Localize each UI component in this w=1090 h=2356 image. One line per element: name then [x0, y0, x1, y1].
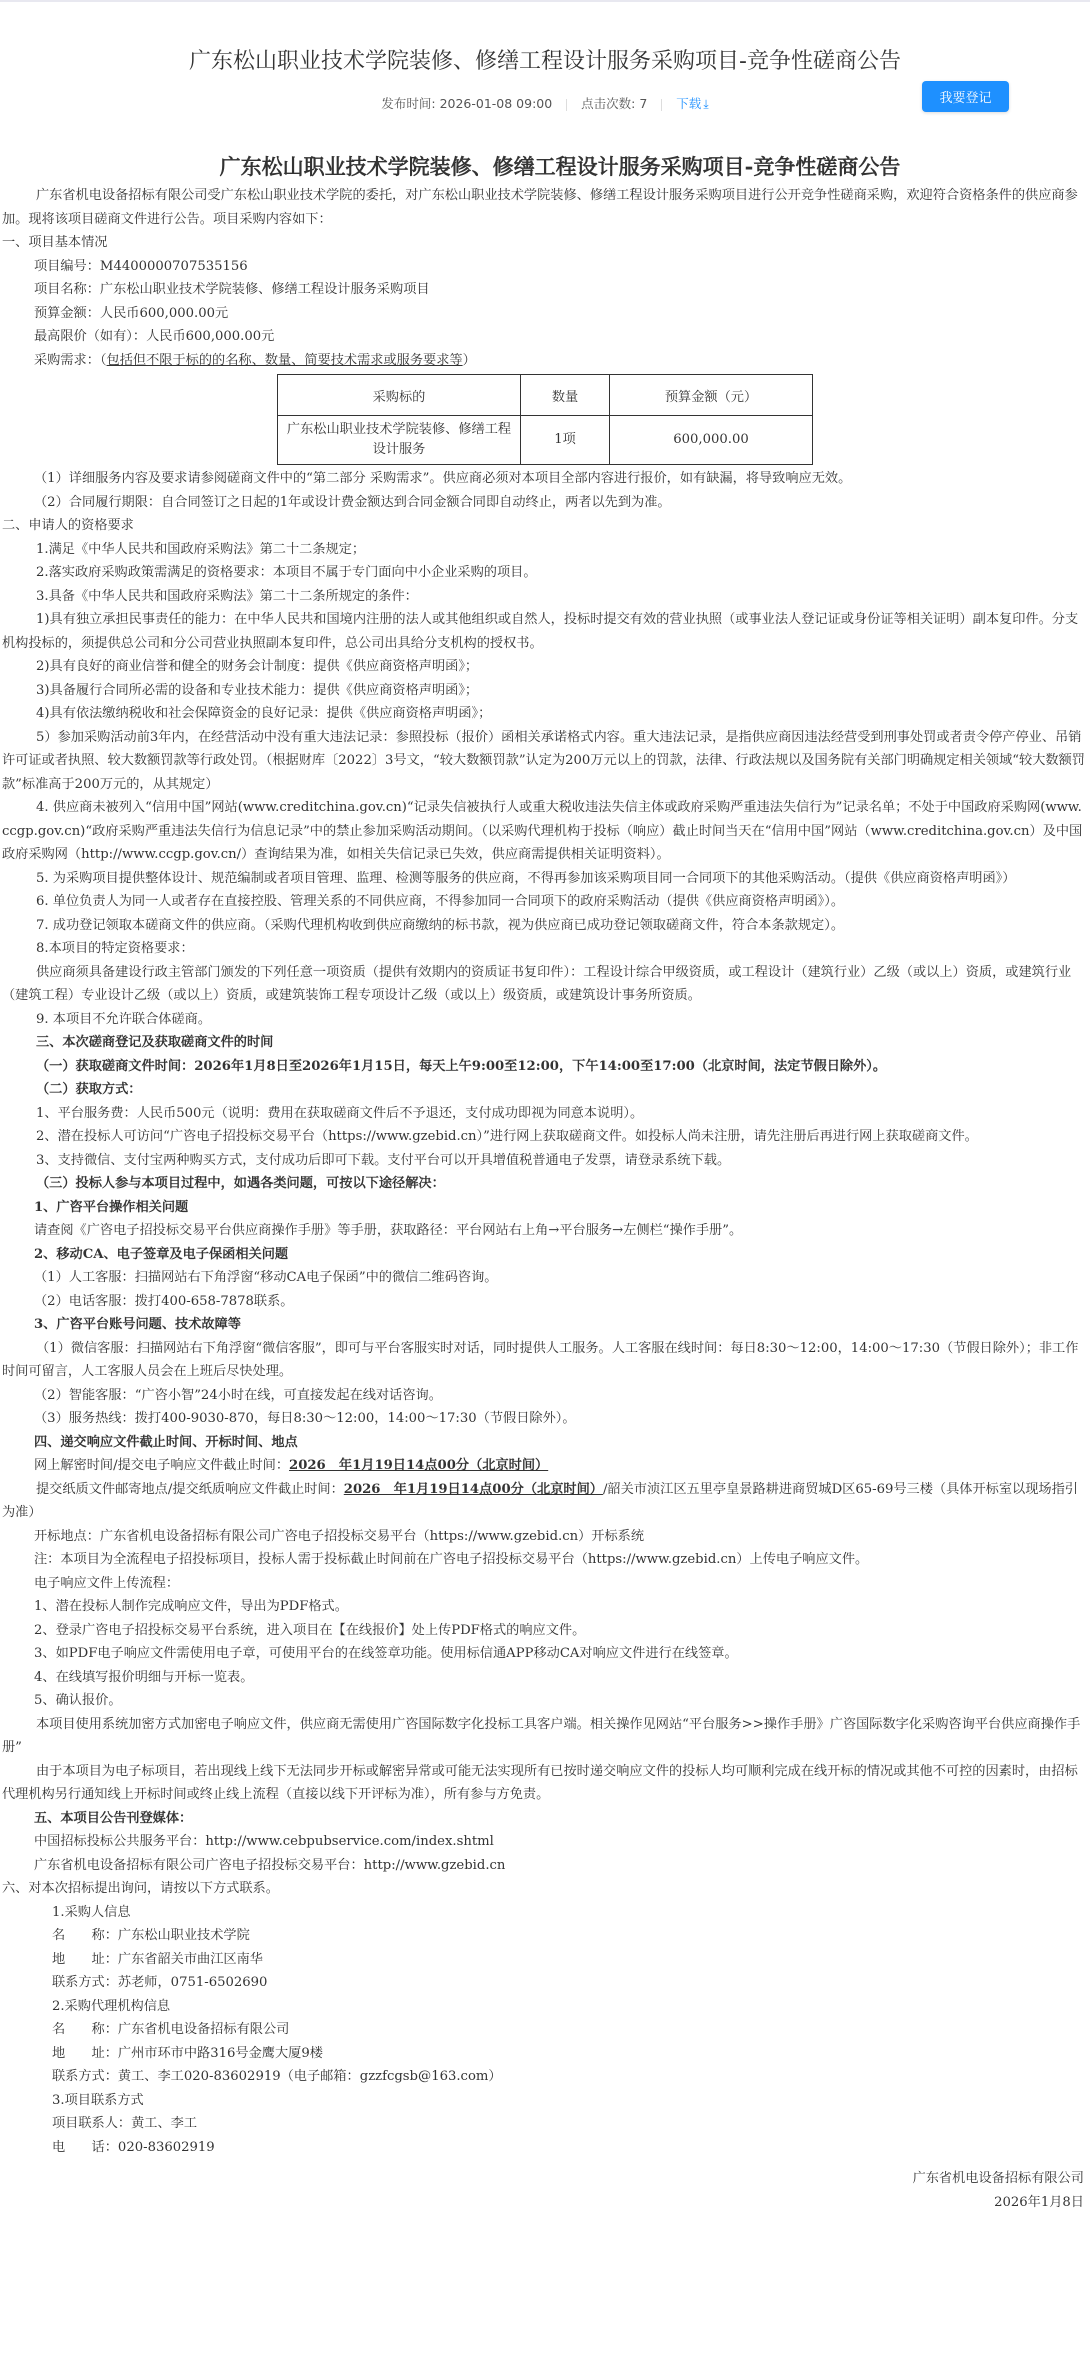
- method-item: 1、平台服务费：人民币500元（说明：费用在获取磋商文件后不予退还，支付成功即视…: [0, 1102, 1090, 1126]
- qualification-item: 8.本项目的特定资格要求：: [0, 937, 1090, 961]
- table-header: 数量: [521, 375, 610, 416]
- contact-subheading: 3.项目联系方式: [0, 2089, 1090, 2113]
- contact-line: 地 址：广州市环市中路316号金鹰大厦9楼: [0, 2042, 1090, 2066]
- encryption-note: 本项目使用系统加密方式加密电子响应文件，供应商无需使用广咨国际数字化投标工具客户…: [0, 1713, 1090, 1760]
- table-cell: 600,000.00: [610, 416, 813, 465]
- issue-text: 请查阅《广咨电子招投标交易平台供应商操作手册》等手册，获取路径：平台网站右上角→…: [0, 1219, 1090, 1243]
- contact-line: 地 址：广东省韶关市曲江区南华: [0, 1948, 1090, 1972]
- top-divider: [0, 0, 1090, 2]
- flow-heading: 电子响应文件上传流程：: [0, 1572, 1090, 1596]
- qualification-item: 9. 本项目不允许联合体磋商。: [0, 1008, 1090, 1032]
- publish-time: 2026-01-08 09:00: [440, 96, 553, 111]
- download-label: 下载: [676, 96, 701, 111]
- meta-separator: [566, 99, 567, 111]
- table-cell: 1项: [521, 416, 610, 465]
- flow-step: 5、确认报价。: [0, 1689, 1090, 1713]
- requirement-underlined: 包括但不限于标的的名称、数量、简要技术需求或服务要求等: [107, 353, 463, 368]
- online-deadline-time: 2026 年1月19日14点00分（北京时间）: [289, 1458, 548, 1473]
- contact-line: 联系方式：黄工、李工020-83602919（电子邮箱：gzzfcgsb@163…: [0, 2065, 1090, 2089]
- section-heading: 六、对本次招标提出询问，请按以下方式联系。: [0, 1877, 1090, 1901]
- qualification-item: 2.落实政府采购政策需满足的资格要求：本项目不属于专门面向中小企业采购的项目。: [0, 561, 1090, 585]
- issue-item: （3）服务热线：拨打400-9030-870，每日8:30～12:00，14:0…: [0, 1407, 1090, 1431]
- document-time: （一）获取磋商文件时间：2026年1月8日至2026年1月15日，每天上午9:0…: [0, 1055, 1090, 1079]
- max-price: 最高限价（如有）：人民币600,000.00元: [0, 325, 1090, 349]
- download-link[interactable]: 下载⤓: [676, 96, 708, 111]
- requirement-label: 采购需求：（: [34, 353, 107, 368]
- subsection-heading: （二）获取方式：: [0, 1078, 1090, 1102]
- issue-item: （2）智能客服：“广咨小智”24小时在线，可直接发起在线对话咨询。: [0, 1384, 1090, 1408]
- meta-separator: [661, 99, 662, 111]
- issue-heading: 3、广咨平台账号问题、技术故障等: [0, 1313, 1090, 1337]
- note-item: （1）详细服务内容及要求请参阅磋商文件中的“第二部分 采购需求”。供应商必须对本…: [0, 467, 1090, 491]
- qualification-item: 1.满足《中华人民共和国政府采购法》第二十二条规定；: [0, 538, 1090, 562]
- clicks-label: 点击次数:: [581, 96, 635, 111]
- table-header-row: 采购标的 数量 预算金额（元）: [278, 375, 813, 416]
- upload-note: 注：本项目为全流程电子招投标项目，投标人需于投标截止时间前在广咨电子招投标交易平…: [0, 1548, 1090, 1572]
- publish-label: 发布时间:: [381, 96, 435, 111]
- contact-line: 名 称：广东松山职业技术学院: [0, 1924, 1090, 1948]
- qualification-item: 4. 供应商未被列入“信用中国”网站(www.creditchina.gov.c…: [0, 796, 1090, 867]
- budget-amount: 预算金额：人民币600,000.00元: [0, 302, 1090, 326]
- section-heading: 五、本项目公告刊登媒体：: [0, 1807, 1090, 1831]
- qualification-item: 6. 单位负责人为同一人或者存在直接控股、管理关系的不同供应商，不得参加同一合同…: [0, 890, 1090, 914]
- media-item: 广东省机电设备招标有限公司广咨电子招投标交易平台：http://www.gzeb…: [0, 1854, 1090, 1878]
- qualification-item: 1)具有独立承担民事责任的能力：在中华人民共和国境内注册的法人或其他组织或自然人…: [0, 608, 1090, 655]
- table-header: 采购标的: [278, 375, 521, 416]
- contact-subheading: 2.采购代理机构信息: [0, 1995, 1090, 2019]
- paper-deadline: 提交纸质文件邮寄地点/提交纸质响应文件截止时间：2026 年1月19日14点00…: [0, 1478, 1090, 1525]
- qualification-item: 5）参加采购活动前3年内，在经营活动中没有重大违法记录：参照投标（报价）函相关承…: [0, 726, 1090, 797]
- subsection-heading: （三）投标人参与本项目过程中，如遇各类问题，可按以下途径解决：: [0, 1172, 1090, 1196]
- signature-org: 广东省机电设备招标有限公司: [0, 2167, 1090, 2191]
- flow-step: 4、在线填写报价明细与开标一览表。: [0, 1666, 1090, 1690]
- download-icon: ⤓: [703, 97, 708, 112]
- flow-step: 1、潜在投标人制作完成响应文件，导出为PDF格式。: [0, 1595, 1090, 1619]
- table-header: 预算金额（元）: [610, 375, 813, 416]
- disclaimer: 由于本项目为电子标项目，若出现线上线下无法同步开标或解密异常或可能无法实现所有已…: [0, 1760, 1090, 1807]
- opening-place: 开标地点：广东省机电设备招标有限公司广咨电子招投标交易平台（https://ww…: [0, 1525, 1090, 1549]
- contact-line: 电 话：020-83602919: [0, 2136, 1090, 2160]
- project-number: 项目编号：M4400000707535156: [0, 255, 1090, 279]
- table-cell: 广东松山职业技术学院装修、修缮工程设计服务: [278, 416, 521, 465]
- intro-paragraph: 广东省机电设备招标有限公司受广东松山职业技术学院的委托，对广东松山职业技术学院装…: [0, 184, 1090, 231]
- section-heading: 一、项目基本情况: [0, 231, 1090, 255]
- table-row: 广东松山职业技术学院装修、修缮工程设计服务 1项 600,000.00: [278, 416, 813, 465]
- section-heading: 四、递交响应文件截止时间、开标时间、地点: [0, 1431, 1090, 1455]
- note-item: （2）合同履行期限：自合同签订之日起的1年或设计费金额达到合同金额合同即自动终止…: [0, 491, 1090, 515]
- signature-date: 2026年1月8日: [0, 2191, 1090, 2215]
- section-heading: 三、本次磋商登记及获取磋商文件的时间: [0, 1031, 1090, 1055]
- procurement-requirement: 采购需求：（包括但不限于标的的名称、数量、简要技术需求或服务要求等）: [0, 349, 1090, 373]
- procurement-table: 采购标的 数量 预算金额（元） 广东松山职业技术学院装修、修缮工程设计服务 1项…: [277, 374, 813, 465]
- issue-heading: 2、移动CA、电子签章及电子保函相关问题: [0, 1243, 1090, 1267]
- online-deadline: 网上解密时间/提交电子响应文件截止时间：2026 年1月19日14点00分（北京…: [0, 1454, 1090, 1478]
- method-item: 2、潜在投标人可访问“广咨电子招投标交易平台（https://www.gzebi…: [0, 1125, 1090, 1149]
- contact-line: 联系方式：苏老师，0751-6502690: [0, 1971, 1090, 1995]
- media-item: 中国招标投标公共服务平台：http://www.cebpubservice.co…: [0, 1830, 1090, 1854]
- issue-heading: 1、广咨平台操作相关问题: [0, 1196, 1090, 1220]
- requirement-close: ）: [463, 353, 476, 368]
- flow-step: 2、登录广咨电子招投标交易平台系统，进入项目在【在线报价】处上传PDF格式的响应…: [0, 1619, 1090, 1643]
- contact-line: 名 称：广东省机电设备招标有限公司: [0, 2018, 1090, 2042]
- paper-deadline-time: 2026 年1月19日14点00分（北京时间）: [344, 1482, 603, 1497]
- issue-item: （2）电话客服：拨打400-658-7878联系。: [0, 1290, 1090, 1314]
- issue-item: （1）人工客服：扫描网站右下角浮窗“移动CA电子保函”中的微信二维码咨询。: [0, 1266, 1090, 1290]
- clicks-count: 7: [639, 96, 647, 111]
- project-name: 项目名称：广东松山职业技术学院装修、修缮工程设计服务采购项目: [0, 278, 1090, 302]
- qualification-item: 3)具备履行合同所必需的设备和专业技术能力：提供《供应商资格声明函》；: [0, 679, 1090, 703]
- qualification-item: 7. 成功登记领取本磋商文件的供应商。（采购代理机构收到供应商缴纳的标书款，视为…: [0, 914, 1090, 938]
- section-heading: 二、申请人的资格要求: [0, 514, 1090, 538]
- paper-deadline-label: 提交纸质文件邮寄地点/提交纸质响应文件截止时间：: [36, 1482, 344, 1497]
- page-title: 广东松山职业技术学院装修、修缮工程设计服务采购项目-竞争性磋商公告: [0, 44, 1090, 75]
- register-button[interactable]: 我要登记: [922, 81, 1009, 112]
- qualification-item: 3.具备《中华人民共和国政府采购法》第二十二条所规定的条件：: [0, 585, 1090, 609]
- qualification-item: 5. 为采购项目提供整体设计、规范编制或者项目管理、监理、检测等服务的供应商，不…: [0, 867, 1090, 891]
- qualification-item: 4)具有依法缴纳税收和社会保障资金的良好记录：提供《供应商资格声明函》；: [0, 702, 1090, 726]
- issue-item: （1）微信客服：扫描网站右下角浮窗“微信客服”，即可与平台客服实时对话，同时提供…: [0, 1337, 1090, 1384]
- announcement-document: 广东松山职业技术学院装修、修缮工程设计服务采购项目-竞争性磋商公告 广东省机电设…: [0, 150, 1090, 2215]
- method-item: 3、支持微信、支付宝两种购买方式，支付成功后即可下载。支付平台可以开具增值税普通…: [0, 1149, 1090, 1173]
- contact-line: 项目联系人：黄工、李工: [0, 2112, 1090, 2136]
- document-title: 广东松山职业技术学院装修、修缮工程设计服务采购项目-竞争性磋商公告: [30, 150, 1090, 184]
- flow-step: 3、如PDF电子响应文件需使用电子章，可使用平台的在线签章功能。使用标信通APP…: [0, 1642, 1090, 1666]
- qualification-item: 2)具有良好的商业信誉和健全的财务会计制度：提供《供应商资格声明函》；: [0, 655, 1090, 679]
- online-deadline-label: 网上解密时间/提交电子响应文件截止时间：: [34, 1458, 289, 1473]
- qualification-item: 供应商须具备建设行政主管部门颁发的下列任意一项资质（提供有效期内的资质证书复印件…: [0, 961, 1090, 1008]
- contact-subheading: 1.采购人信息: [0, 1901, 1090, 1925]
